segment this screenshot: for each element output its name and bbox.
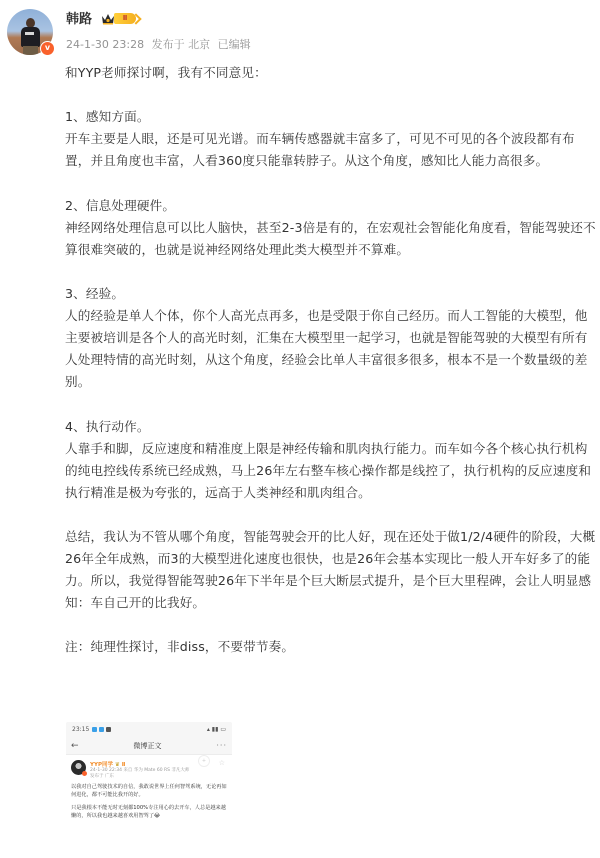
- star-icon: ☆: [219, 759, 225, 767]
- quoted-location: 发布于 广东: [90, 774, 189, 780]
- more-icon: ···: [216, 741, 227, 750]
- author-avatar-container[interactable]: v: [7, 9, 53, 55]
- attached-screenshot-image[interactable]: 23:15 ▴ ▮▮ ▭ ← 微博正文 ··· + ☆ YYP同学 ♛ Ⅱ 24…: [66, 722, 232, 858]
- post-paragraph-note: 注：纯理性探讨，非diss，不要带节奏。: [65, 636, 597, 658]
- post-location: 发布于 北京: [152, 38, 211, 51]
- post-paragraph-summary: 总结，我认为不管从哪个角度，智能驾驶会开的比人好，现在还处于做1/2/4硬件的阶…: [65, 526, 597, 614]
- notification-icons: [92, 727, 111, 732]
- follow-icon: +: [198, 755, 210, 767]
- paragraph-spacer: [65, 393, 597, 415]
- avatar-shirt-print: [25, 32, 34, 35]
- post-paragraph: 人的经验是单人个体，你个人高光点再多，也是受限于你自己经历。而人工智能的大模型，…: [65, 305, 597, 393]
- post-paragraph: 开车主要是人眼，还是可见光谱。而车辆传感器就丰富多了，可见不可见的各个波段都有布…: [65, 128, 597, 172]
- back-arrow-icon: ←: [71, 741, 79, 751]
- post-paragraph: 神经网络处理信息可以比人脑快，甚至2-3倍是有的，在宏观社会智能化角度看，智能驾…: [65, 217, 597, 261]
- post-paragraph-heading: 4、执行动作。: [65, 416, 597, 438]
- quoted-avatar: [71, 760, 86, 775]
- post-meta: 24-1-30 23:28 发布于 北京 已编辑: [66, 37, 255, 53]
- paragraph-spacer: [65, 261, 597, 283]
- edited-label[interactable]: 已编辑: [218, 38, 251, 51]
- screenshot-nav-title: 微博正文: [133, 741, 161, 751]
- post-body: 和YYP老师探讨啊，我有不同意见： 1、感知方面。 开车主要是人眼，还是可见光谱…: [65, 62, 597, 659]
- screenshot-status-bar: 23:15 ▴ ▮▮ ▭: [66, 722, 232, 737]
- avatar-figure-body: [21, 27, 40, 47]
- signal-battery-icon: ▴ ▮▮ ▭: [207, 726, 226, 733]
- post-paragraph-heading: 1、感知方面。: [65, 106, 597, 128]
- quoted-paragraph: 只是我根本不能无时无刻都100%专注用心的去开车，人总是越来越懒的，所以我也越来…: [71, 804, 227, 820]
- quoted-user-name: YYP同学 ♛ Ⅱ: [90, 760, 189, 768]
- paragraph-spacer: [65, 172, 597, 194]
- avatar-figure-legs: [23, 46, 38, 55]
- screenshot-status-time: 23:15: [72, 726, 89, 733]
- paragraph-spacer: [65, 84, 597, 106]
- verified-badge-icon: v: [40, 41, 55, 56]
- post-timestamp[interactable]: 24-1-30 23:28: [66, 38, 144, 51]
- quoted-paragraph: 以我对自己驾驶技术的自信，我敢说世界上任何智驾系统，无论再如何进化，都不可能比我…: [71, 783, 227, 799]
- quoted-text: 以我对自己驾驶技术的自信，我敢说世界上任何智驾系统，无论再如何进化，都不可能比我…: [71, 783, 227, 820]
- crown-icon: [101, 13, 115, 25]
- post-paragraph: 和YYP老师探讨啊，我有不同意见：: [65, 62, 597, 84]
- quoted-post: + ☆ YYP同学 ♛ Ⅱ 24-1-30 22:34 来自 华为 Mate 6…: [66, 755, 232, 825]
- paragraph-spacer: [65, 614, 597, 636]
- post-paragraph-heading: 3、经验。: [65, 283, 597, 305]
- author-name[interactable]: 韩路: [66, 11, 92, 29]
- paragraph-spacer: [65, 504, 597, 526]
- post-paragraph: 人靠手和脚，反应速度和精准度上限是神经传输和肌肉执行能力。而车如今各个核心执行机…: [65, 438, 597, 504]
- post-paragraph-heading: 2、信息处理硬件。: [65, 195, 597, 217]
- vip-level-badge[interactable]: Ⅱ: [114, 13, 136, 24]
- screenshot-nav-bar: ← 微博正文 ···: [66, 737, 232, 755]
